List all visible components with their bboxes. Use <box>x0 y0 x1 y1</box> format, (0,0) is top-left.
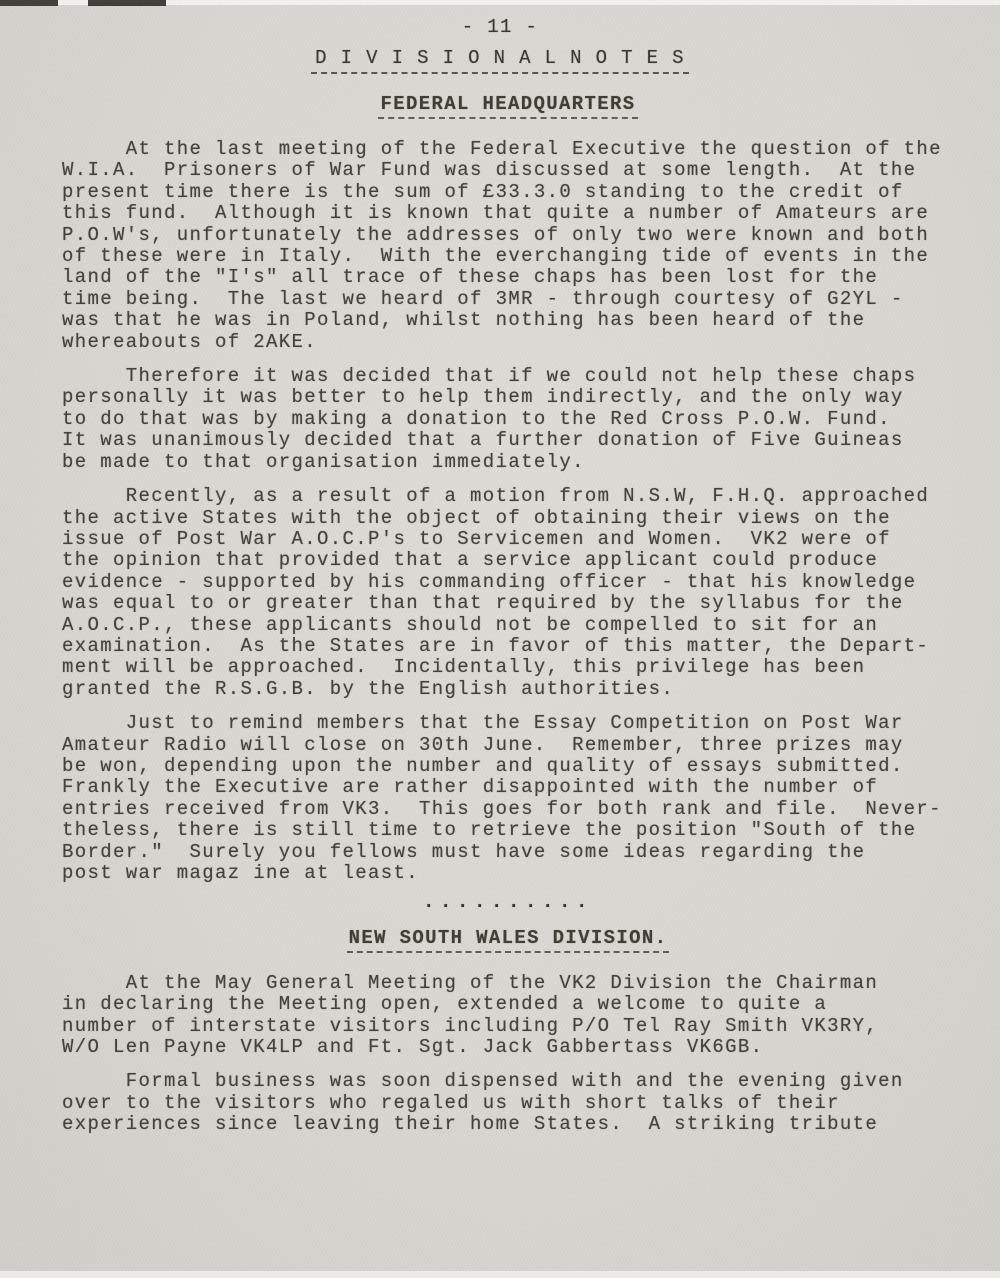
paragraph: At the last meeting of the Federal Execu… <box>62 139 954 353</box>
section-heading-row: NEW SOUTH WALES DIVISION. <box>62 927 954 953</box>
section-heading-row: FEDERAL HEADQUARTERS <box>62 93 954 119</box>
scan-smudge-mark <box>88 0 166 6</box>
scanned-page: - 11 - D I V I S I O N A L N O T E S FED… <box>0 0 1000 1278</box>
paragraph: Formal business was soon dispensed with … <box>62 1071 954 1135</box>
paragraph: Recently, as a result of a motion from N… <box>62 486 954 700</box>
dotted-separator: .......... <box>62 892 954 913</box>
paragraph: Just to remind members that the Essay Co… <box>62 713 954 884</box>
section-heading: NEW SOUTH WALES DIVISION. <box>347 927 670 953</box>
paragraph: Therefore it was decided that if we coul… <box>62 366 954 473</box>
scan-edge-bottom <box>0 1271 1000 1278</box>
document-body: FEDERAL HEADQUARTERS At the last meeting… <box>62 93 954 1136</box>
page-title: D I V I S I O N A L N O T E S <box>311 47 689 74</box>
scan-smudge-mark <box>0 0 58 6</box>
paragraph: At the May General Meeting of the VK2 Di… <box>62 973 954 1059</box>
section-heading: FEDERAL HEADQUARTERS <box>378 93 637 119</box>
title-row: D I V I S I O N A L N O T E S <box>0 47 1000 74</box>
page-header: - 11 - D I V I S I O N A L N O T E S <box>0 0 1000 74</box>
